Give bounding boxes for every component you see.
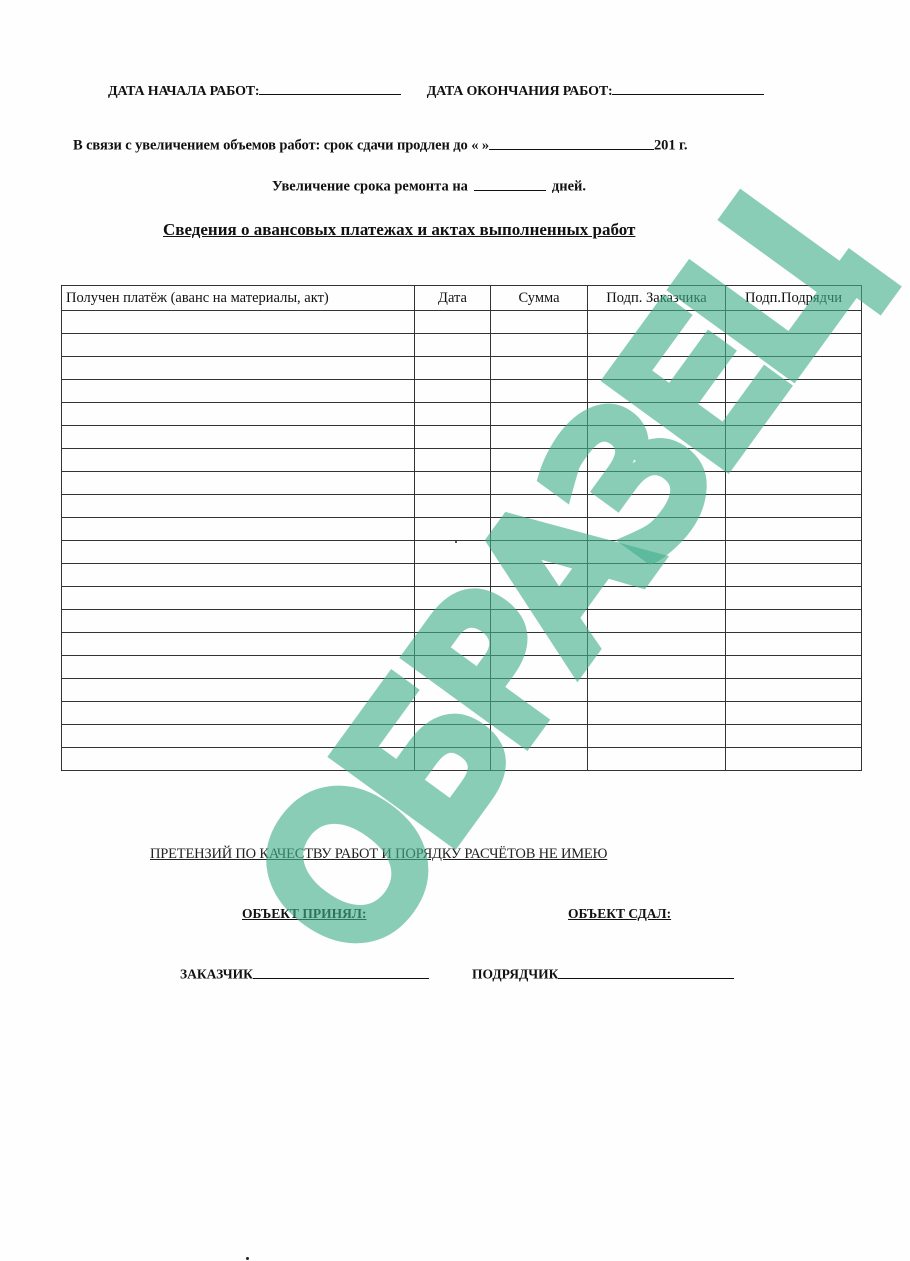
table-cell[interactable] [726,633,862,656]
object-handed-label: ОБЪЕКТ СДАЛ: [568,906,671,922]
table-cell[interactable] [588,380,726,403]
table-cell[interactable] [588,472,726,495]
table-cell[interactable] [588,725,726,748]
table-cell[interactable] [62,748,415,771]
table-cell[interactable] [491,449,588,472]
table-cell[interactable] [726,426,862,449]
table-cell[interactable] [415,380,491,403]
table-cell[interactable] [588,495,726,518]
table-cell[interactable] [726,472,862,495]
table-cell[interactable] [415,656,491,679]
table-cell[interactable] [726,403,862,426]
table-row [62,725,862,748]
table-cell[interactable] [491,380,588,403]
table-cell[interactable] [491,403,588,426]
table-cell[interactable] [415,748,491,771]
table-cell[interactable] [415,564,491,587]
table-cell[interactable] [726,656,862,679]
table-cell[interactable] [62,334,415,357]
table-cell[interactable] [415,357,491,380]
table-cell[interactable] [415,587,491,610]
table-cell[interactable] [62,357,415,380]
customer-label: ЗАКАЗЧИК [180,967,253,982]
scan-speck [455,541,457,543]
column-header: Подп.Подрядчи [726,286,862,311]
table-cell[interactable] [62,587,415,610]
table-row [62,403,862,426]
table-cell[interactable] [491,702,588,725]
table-cell[interactable] [62,656,415,679]
table-cell[interactable] [415,472,491,495]
contractor-signature-field[interactable] [558,964,734,979]
work-dates-line: ДАТА НАЧАЛА РАБОТ: ДАТА ОКОНЧАНИЯ РАБОТ: [108,80,764,100]
table-cell[interactable] [62,564,415,587]
extension-date-field[interactable] [489,134,654,150]
table-cell[interactable] [491,495,588,518]
table-cell[interactable] [415,495,491,518]
table-cell[interactable] [588,311,726,334]
increase-prefix: Увеличение срока ремонта на [272,179,468,195]
table-cell[interactable] [491,334,588,357]
table-cell[interactable] [588,403,726,426]
table-row [62,472,862,495]
table-cell[interactable] [415,633,491,656]
table-cell[interactable] [415,334,491,357]
table-cell[interactable] [415,679,491,702]
table-cell[interactable] [588,656,726,679]
table-cell[interactable] [491,357,588,380]
table-cell[interactable] [588,679,726,702]
table-row [62,426,862,449]
section-title: Сведения о авансовых платежах и актах вы… [163,220,635,240]
table-cell[interactable] [491,311,588,334]
contractor-label: ПОДРЯДЧИК [472,967,558,982]
table-cell[interactable] [491,472,588,495]
table-cell[interactable] [62,518,415,541]
table-cell[interactable] [588,702,726,725]
table-cell[interactable] [491,679,588,702]
table-cell[interactable] [588,541,726,564]
extension-text: В связи с увеличением объемов работ: сро… [73,138,489,154]
table-row [62,311,862,334]
table-row [62,633,862,656]
table-cell[interactable] [726,380,862,403]
table-cell[interactable] [491,587,588,610]
table-cell[interactable] [726,679,862,702]
table-cell[interactable] [588,587,726,610]
end-date-field[interactable] [612,80,764,95]
table-cell[interactable] [415,725,491,748]
table-cell[interactable] [726,564,862,587]
table-cell[interactable] [588,426,726,449]
end-date-label: ДАТА ОКОНЧАНИЯ РАБОТ: [427,84,613,99]
table-cell[interactable] [726,311,862,334]
table-cell[interactable] [726,334,862,357]
table-row [62,541,862,564]
table-cell[interactable] [62,311,415,334]
table-cell[interactable] [62,449,415,472]
table-row [62,449,862,472]
table-cell[interactable] [491,725,588,748]
table-cell[interactable] [726,449,862,472]
table-cell[interactable] [62,472,415,495]
table-cell[interactable] [415,449,491,472]
table-row [62,357,862,380]
table-cell[interactable] [588,357,726,380]
payments-table: Получен платёж (аванс на материалы, акт)… [61,285,862,771]
object-accepted-label: ОБЪЕКТ ПРИНЯЛ: [242,906,366,922]
table-row [62,748,862,771]
table-cell[interactable] [62,426,415,449]
extension-line: В связи с увеличением объемов работ: сро… [73,134,687,155]
table-cell[interactable] [62,541,415,564]
table-cell[interactable] [415,702,491,725]
table-row [62,564,862,587]
table-cell[interactable] [491,610,588,633]
table-cell[interactable] [62,679,415,702]
table-row [62,587,862,610]
table-cell[interactable] [726,518,862,541]
table-cell[interactable] [726,495,862,518]
table-row [62,380,862,403]
table-cell[interactable] [726,587,862,610]
table-cell[interactable] [491,748,588,771]
table-cell[interactable] [415,426,491,449]
table-cell[interactable] [62,610,415,633]
table-cell[interactable] [726,541,862,564]
table-cell[interactable] [415,311,491,334]
table-cell[interactable] [491,656,588,679]
table-cell[interactable] [588,633,726,656]
column-header: Подп. Заказчика [588,286,726,311]
table-row [62,656,862,679]
column-header: Получен платёж (аванс на материалы, акт) [62,286,415,311]
table-cell[interactable] [491,426,588,449]
table-cell[interactable] [588,334,726,357]
repair-increase-line: Увеличение срока ремонта надней. [272,175,586,196]
contractor-signature-line: ПОДРЯДЧИК [472,964,734,983]
table-cell[interactable] [726,357,862,380]
table-cell[interactable] [588,564,726,587]
table-cell[interactable] [62,702,415,725]
table-cell[interactable] [62,380,415,403]
table-cell[interactable] [588,748,726,771]
table-row [62,518,862,541]
table-cell[interactable] [62,403,415,426]
extension-year: 201 г. [654,138,687,154]
table-cell[interactable] [726,610,862,633]
table-row [62,702,862,725]
table-row [62,334,862,357]
start-date-field[interactable] [259,80,401,95]
table-cell[interactable] [588,449,726,472]
table-row [62,495,862,518]
table-cell[interactable] [726,702,862,725]
column-header: Дата [415,286,491,311]
scan-speck [246,1257,249,1260]
table-header-row: Получен платёж (аванс на материалы, акт)… [62,286,862,311]
table-row [62,679,862,702]
table-cell[interactable] [415,541,491,564]
no-claims-statement: ПРЕТЕНЗИЙ ПО КАЧЕСТВУ РАБОТ И ПОРЯДКУ РА… [150,846,607,863]
start-date-label: ДАТА НАЧАЛА РАБОТ: [108,84,259,99]
table-cell[interactable] [415,518,491,541]
customer-signature-line: ЗАКАЗЧИК [180,964,429,983]
table-cell[interactable] [415,610,491,633]
customer-signature-field[interactable] [253,964,429,979]
column-header: Сумма [491,286,588,311]
table-cell[interactable] [62,633,415,656]
increase-days-field[interactable] [474,175,546,191]
increase-suffix: дней. [552,179,586,195]
table-cell[interactable] [588,610,726,633]
table-cell[interactable] [726,725,862,748]
table-cell[interactable] [491,541,588,564]
table-cell[interactable] [588,518,726,541]
table-cell[interactable] [491,564,588,587]
table-cell[interactable] [726,748,862,771]
table-cell[interactable] [62,495,415,518]
table-body [62,311,862,771]
table-cell[interactable] [491,518,588,541]
table-cell[interactable] [415,403,491,426]
table-row [62,610,862,633]
table-cell[interactable] [62,725,415,748]
table-cell[interactable] [491,633,588,656]
